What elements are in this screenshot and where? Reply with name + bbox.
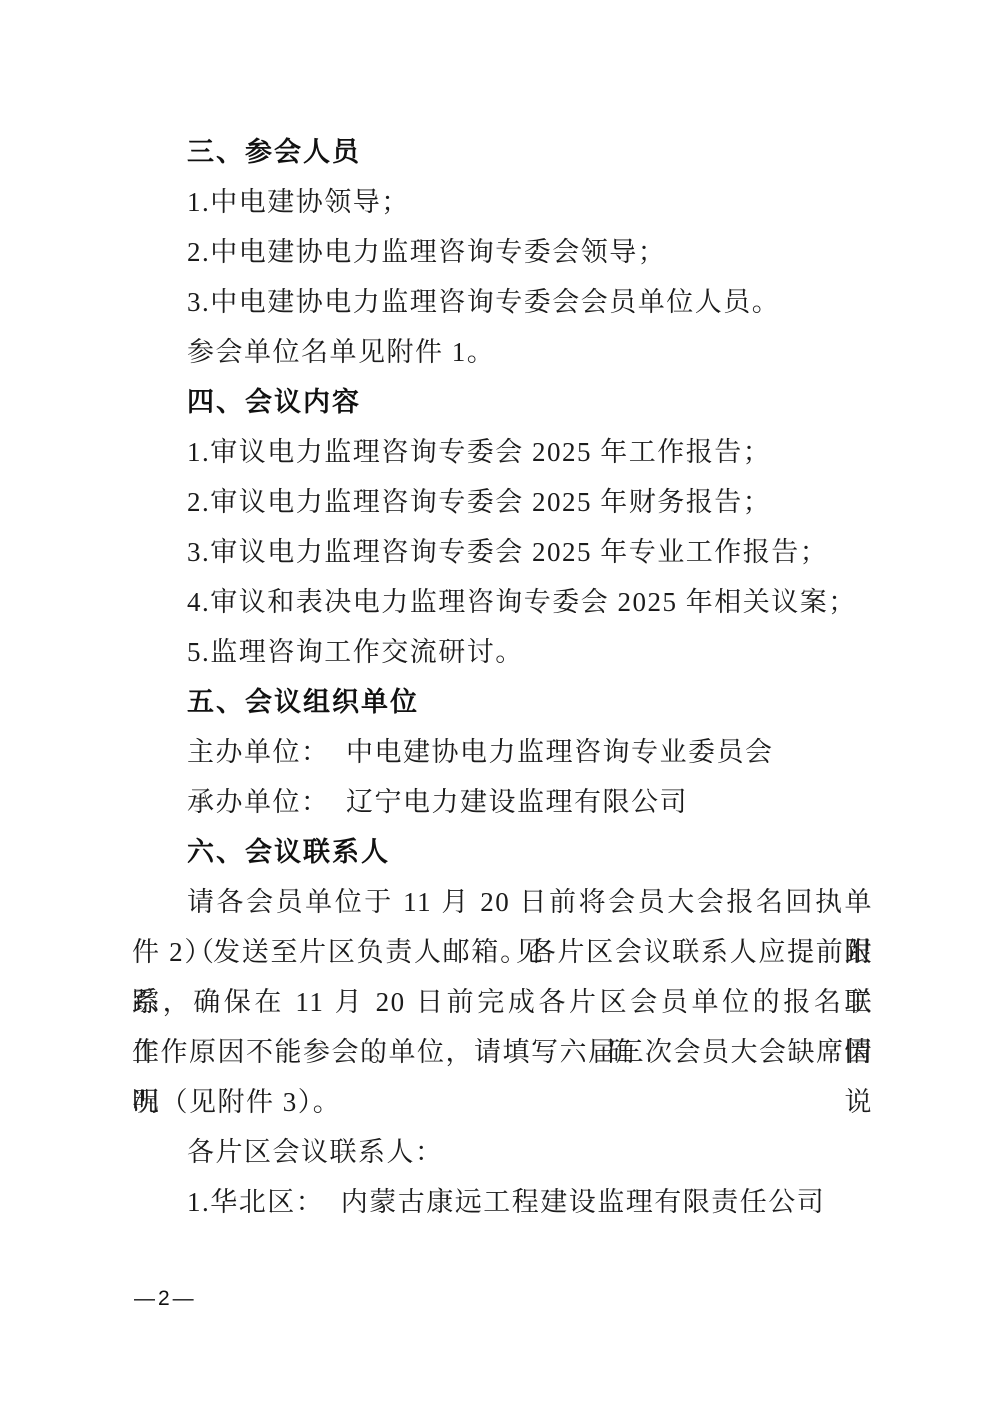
section-3-item-3: 3.中电建协电力监理咨询专委会会员单位人员。 bbox=[132, 277, 873, 327]
section-4-item-2: 2.审议电力监理咨询专委会 2025 年财务报告； bbox=[132, 477, 873, 527]
section-3-heading: 三、参会人员 bbox=[132, 127, 873, 177]
section-4-item-3: 3.审议电力监理咨询专委会 2025 年专业工作报告； bbox=[132, 527, 873, 577]
undertaking-organization-line: 承办单位： 辽宁电力建设监理有限公司 bbox=[132, 777, 873, 827]
section-5-heading: 五、会议组织单位 bbox=[132, 677, 873, 727]
section-4-item-1: 1.审议电力监理咨询专委会 2025 年工作报告； bbox=[132, 427, 873, 477]
section-3-item-2: 2.中电建协电力监理咨询专委会领导； bbox=[132, 227, 873, 277]
region-contacts-label: 各片区会议联系人： bbox=[132, 1127, 873, 1177]
paragraph-line-4: 工作原因不能参会的单位，请填写六届三次会员大会缺席情况说 bbox=[132, 1027, 873, 1077]
region-contact-north-china: 1.华北区： 内蒙古康远工程建设监理有限责任公司 bbox=[132, 1177, 873, 1227]
section-3-item-1: 1.中电建协领导； bbox=[132, 177, 873, 227]
page-number: —2— bbox=[134, 1284, 197, 1314]
paragraph-line-1: 请各会员单位于 11 月 20 日前将会员大会报名回执单（见附 bbox=[132, 877, 873, 927]
section-4-item-4: 4.审议和表决电力监理咨询专委会 2025 年相关议案； bbox=[132, 577, 873, 627]
section-4-heading: 四、会议内容 bbox=[132, 377, 873, 427]
paragraph-line-2: 件 2）发送至片区负责人邮箱。各片区会议联系人应提前跟踪联 bbox=[132, 927, 873, 977]
section-4-item-5: 5.监理咨询工作交流研讨。 bbox=[132, 627, 873, 677]
document-body: 三、参会人员 1.中电建协领导； 2.中电建协电力监理咨询专委会领导； 3.中电… bbox=[132, 127, 873, 1227]
document-page: 三、参会人员 1.中电建协领导； 2.中电建协电力监理咨询专委会领导； 3.中电… bbox=[0, 0, 992, 1403]
paragraph-line-3: 系，确保在 11 月 20 日前完成各片区会员单位的报名工作。确因 bbox=[132, 977, 873, 1027]
section-6-heading: 六、会议联系人 bbox=[132, 827, 873, 877]
host-organization-line: 主办单位： 中电建协电力监理咨询专业委员会 bbox=[132, 727, 873, 777]
section-3-attachment-note: 参会单位名单见附件 1。 bbox=[132, 327, 873, 377]
